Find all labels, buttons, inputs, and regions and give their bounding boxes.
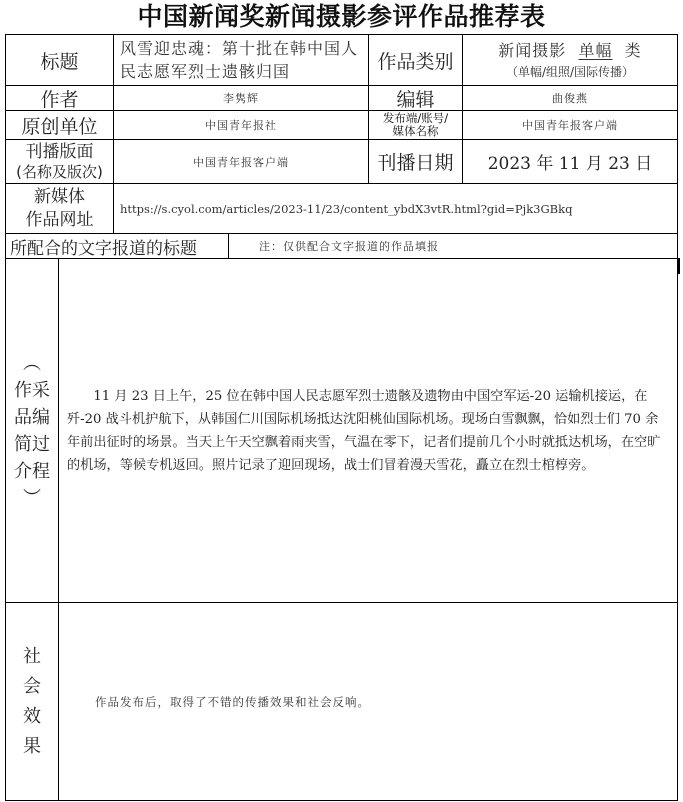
origin-value: 中国青年报社 xyxy=(113,110,369,140)
url-label: 新媒体 作品网址 xyxy=(5,183,114,234)
category-label: 作品类别 xyxy=(368,34,463,86)
origin-value-text: 中国青年报社 xyxy=(205,117,277,133)
publisher-label: 发布端/账号/ 媒体名称 xyxy=(368,110,463,140)
editor-label: 编辑 xyxy=(368,85,463,111)
table-edge-mark xyxy=(677,258,680,274)
date-label: 刊播日期 xyxy=(368,139,463,184)
layout-label-line2: (名称及版次) xyxy=(16,162,103,182)
related-value: 注：仅供配合文字报道的作品填报 xyxy=(228,233,678,259)
url-value[interactable]: https://s.cyol.com/articles/2023-11/23/c… xyxy=(113,183,678,234)
effect-text: 作品发布后，取得了不错的传播效果和社会反响。 xyxy=(95,694,370,710)
category-prefix: 新闻摄影 xyxy=(498,41,566,60)
category-suffix: 类 xyxy=(625,41,642,60)
author-value: 李隽辉 xyxy=(113,85,369,111)
publisher-value-text: 中国青年报客户端 xyxy=(522,117,618,133)
url-label-line1: 新媒体 xyxy=(34,186,85,209)
process-label-line2: 品编 xyxy=(14,404,50,431)
effect-label-2: 会 xyxy=(23,672,41,702)
title-value-text: 风雪迎忠魂：第十批在韩中国人民志愿军烈士遗骸归国 xyxy=(120,37,368,83)
publisher-value: 中国青年报客户端 xyxy=(462,110,678,140)
process-label: ︵ 作采 品编 简过 介程 ︶ xyxy=(5,258,59,603)
process-label-line4: 介程 xyxy=(14,458,50,485)
origin-label-text: 原创单位 xyxy=(21,112,97,139)
author-label: 作者 xyxy=(5,85,114,111)
process-text: 11 月 23 日上午，25 位在韩中国人民志愿军烈士遗骸及遗物由中国空军运-2… xyxy=(67,385,671,477)
date-value-text: 2023 年 11 月 23 日 xyxy=(488,149,653,174)
process-value: 11 月 23 日上午，25 位在韩中国人民志愿军烈士遗骸及遗物由中国空军运-2… xyxy=(58,258,678,603)
related-label-text: 所配合的文字报道的标题 xyxy=(10,234,197,259)
layout-label: 刊播版面 (名称及版次) xyxy=(5,139,114,184)
author-label-text: 作者 xyxy=(40,85,78,112)
date-label-text: 刊播日期 xyxy=(377,148,453,175)
url-link[interactable]: https://s.cyol.com/articles/2023-11/23/c… xyxy=(120,202,572,216)
title-value: 风雪迎忠魂：第十批在韩中国人民志愿军烈士遗骸归国 xyxy=(113,34,369,86)
layout-value-text: 中国青年报客户端 xyxy=(193,154,289,170)
title-label-text: 标题 xyxy=(40,47,78,74)
category-options: （单幅/组照/国际传播） xyxy=(506,63,634,81)
editor-value: 曲俊燕 xyxy=(462,85,678,111)
category-label-text: 作品类别 xyxy=(377,47,453,74)
process-label-line3: 简过 xyxy=(14,431,50,458)
origin-label: 原创单位 xyxy=(5,110,114,140)
related-label: 所配合的文字报道的标题 xyxy=(5,233,229,259)
publisher-label-line2: 媒体名称 xyxy=(393,125,439,138)
layout-label-line1: 刊播版面 xyxy=(26,142,94,162)
date-value: 2023 年 11 月 23 日 xyxy=(462,139,678,184)
editor-label-text: 编辑 xyxy=(396,85,434,112)
layout-value: 中国青年报客户端 xyxy=(113,139,369,184)
related-note: 注：仅供配合文字报道的作品填报 xyxy=(259,238,439,254)
category-selected: 单幅 xyxy=(578,41,612,60)
effect-label-4: 果 xyxy=(23,732,41,762)
document-title: 中国新闻奖新闻摄影参评作品推荐表 xyxy=(0,1,683,33)
effect-label-1: 社 xyxy=(23,642,41,672)
effect-value: 作品发布后，取得了不错的传播效果和社会反响。 xyxy=(58,602,678,801)
url-label-line2: 作品网址 xyxy=(26,209,94,232)
process-label-close: ︶ xyxy=(23,485,41,512)
process-label-line1: 作采 xyxy=(14,377,50,404)
effect-label: 社 会 效 果 xyxy=(5,602,59,801)
effect-label-3: 效 xyxy=(23,702,41,732)
category-line: 新闻摄影 单幅 类 xyxy=(498,39,641,63)
title-label: 标题 xyxy=(5,34,114,86)
category-value: 新闻摄影 单幅 类 （单幅/组照/国际传播） xyxy=(462,34,678,86)
editor-value-text: 曲俊燕 xyxy=(552,90,588,106)
process-label-open: ︵ xyxy=(23,350,41,377)
author-value-text: 李隽辉 xyxy=(223,90,259,106)
